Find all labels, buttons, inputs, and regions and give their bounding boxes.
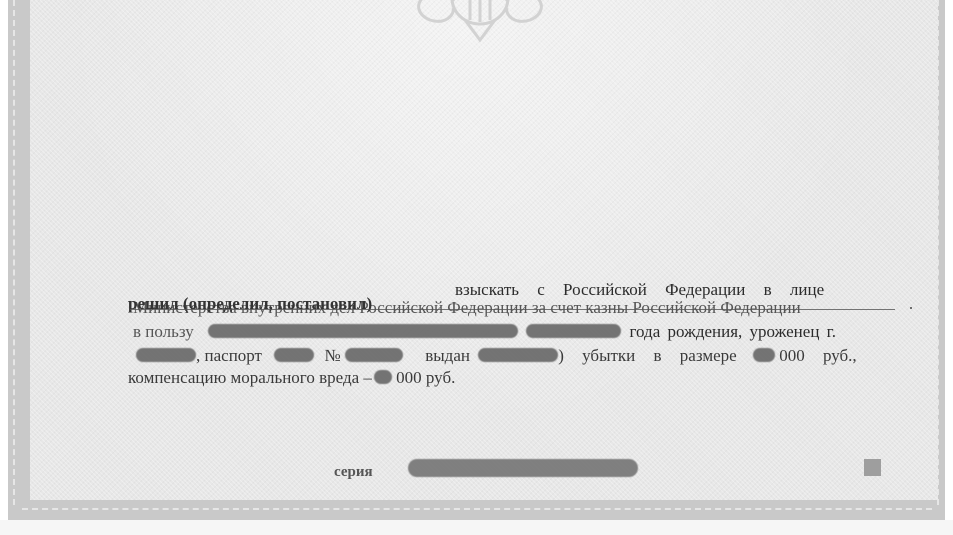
frame-stitch-left	[13, 0, 15, 505]
line5-amount-suffix: 000 руб.	[396, 368, 455, 387]
line3-prefix: в пользу	[133, 322, 194, 341]
text-line-1: взыскать с Российской Федерации в лице	[455, 280, 824, 300]
document-sheet: взыскать с Российской Федерации в лице М…	[30, 0, 938, 500]
redacted-passport-series	[274, 348, 314, 362]
line5-prefix: компенсацию морального вреда –	[128, 368, 372, 387]
paper-margin	[0, 520, 953, 535]
redacted-city	[136, 348, 196, 362]
series-label: серия	[334, 464, 373, 481]
line3-suffix: года рождения, уроженец г.	[630, 322, 836, 341]
document-frame: взыскать с Российской Федерации в лице М…	[8, 0, 945, 520]
line4-number-sign: №	[325, 346, 341, 365]
redacted-passport-number	[345, 348, 403, 362]
square-mark-icon	[864, 459, 881, 476]
redacted-birth-date	[526, 324, 621, 338]
text-line-5: компенсацию морального вреда – 000 руб.	[128, 368, 455, 388]
decision-heading: решил (определил, постановил)	[128, 294, 372, 314]
redacted-series-number	[408, 459, 638, 477]
emblem-watermark-icon	[385, 0, 575, 45]
text-line-3: в пользу года рождения, уроженец г.	[133, 322, 836, 342]
strike-line	[130, 309, 895, 310]
line4-damages: ) убытки в размере	[558, 346, 736, 365]
redacted-damages-amount	[753, 348, 775, 362]
line4-issued: выдан	[425, 346, 470, 365]
frame-stitch-bottom	[22, 508, 932, 510]
text-line-4: , паспорт № выдан ) убытки в размере 000…	[136, 346, 857, 366]
redacted-moral-damages-amount	[374, 370, 392, 384]
redacted-issuer	[478, 348, 558, 362]
redacted-name	[208, 324, 518, 338]
line4-passport: , паспорт	[196, 346, 262, 365]
stray-mark	[910, 307, 912, 309]
line4-amount-suffix: 000 руб.,	[779, 346, 856, 365]
